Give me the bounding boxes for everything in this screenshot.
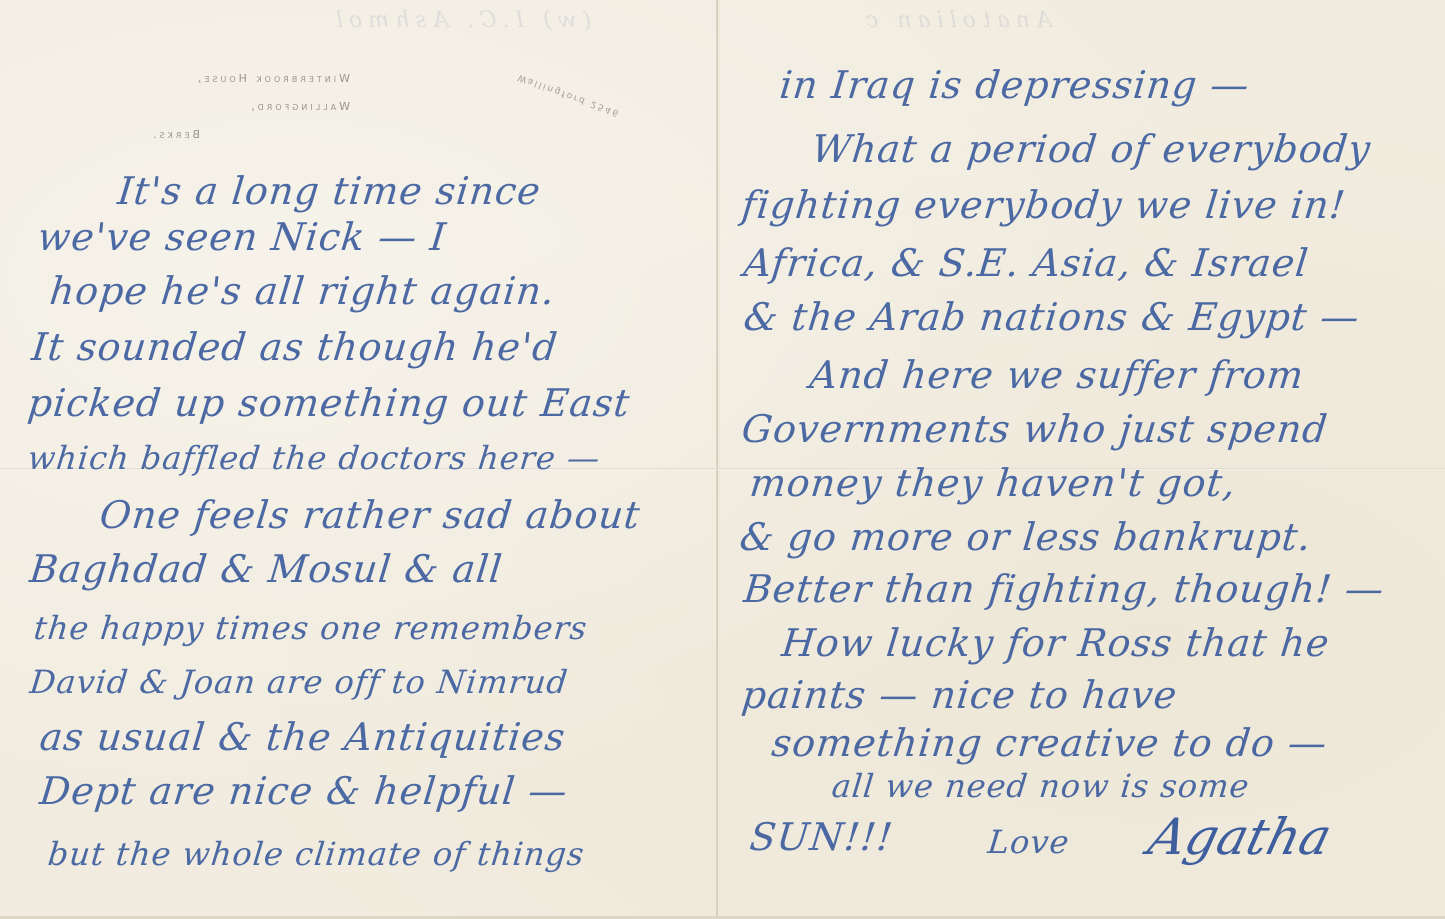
handwritten-line: we've seen Nick — I (36, 218, 448, 256)
handwritten-line: paints — nice to have (740, 676, 1179, 714)
handwritten-line: money they haven't got, (748, 464, 1238, 502)
handwritten-line: Dept are nice & helpful — (38, 772, 570, 810)
letterhead-line-1: Winterbrook House, (195, 72, 350, 85)
signature: Agatha (1143, 808, 1337, 866)
handwritten-line: fighting everybody we live in! (740, 186, 1348, 224)
letterhead-line-2: Wallingford, (248, 100, 350, 113)
handwritten-line: but the whole climate of things (46, 838, 586, 870)
left-page: Winterbrook House, Wallingford, Berks. W… (0, 0, 718, 919)
closing-word: Love (986, 826, 1071, 858)
handwritten-line: which baffled the doctors here — (26, 442, 602, 474)
handwritten-line: the happy times one remembers (32, 612, 589, 644)
handwritten-line: as usual & the Antiquities (38, 718, 567, 756)
letterhead-line-3: Berks. (150, 128, 200, 141)
handwritten-line: One feels rather sad about (98, 496, 642, 534)
handwritten-line: And here we suffer from (808, 356, 1306, 394)
handwritten-line: picked up something out East (26, 384, 632, 422)
telephone-stamp: Wallingford 2546 (517, 72, 622, 118)
handwritten-line: It sounded as though he'd (30, 328, 560, 366)
handwritten-line: Baghdad & Mosul & all (28, 550, 505, 588)
handwritten-line: Governments who just spend (740, 410, 1330, 448)
handwritten-line: It's a long time since (116, 172, 543, 210)
handwritten-line: Africa, & S.E. Asia, & Israel (742, 244, 1311, 282)
handwritten-line: all we need now is some (830, 770, 1251, 802)
right-page: in Iraq is depressing — What a period of… (720, 0, 1445, 919)
handwritten-line: & go more or less bankrupt. (738, 518, 1313, 556)
handwritten-line: something creative to do — (770, 724, 1329, 762)
handwritten-line: hope he's all right again. (48, 272, 557, 310)
handwritten-line: SUN!!! (748, 818, 895, 856)
handwritten-line: Better than fighting, though! — (742, 570, 1386, 608)
handwritten-line: & the Arab nations & Egypt — (742, 298, 1361, 336)
handwritten-line: How lucky for Ross that he (780, 624, 1332, 662)
handwritten-line: in Iraq is depressing — (778, 66, 1251, 104)
letter-scan: (w) I.C. Ashmol Anatolian c Winterbrook … (0, 0, 1445, 919)
handwritten-line: What a period of everybody (810, 130, 1373, 168)
handwritten-line: David & Joan are off to Nimrud (28, 666, 570, 698)
